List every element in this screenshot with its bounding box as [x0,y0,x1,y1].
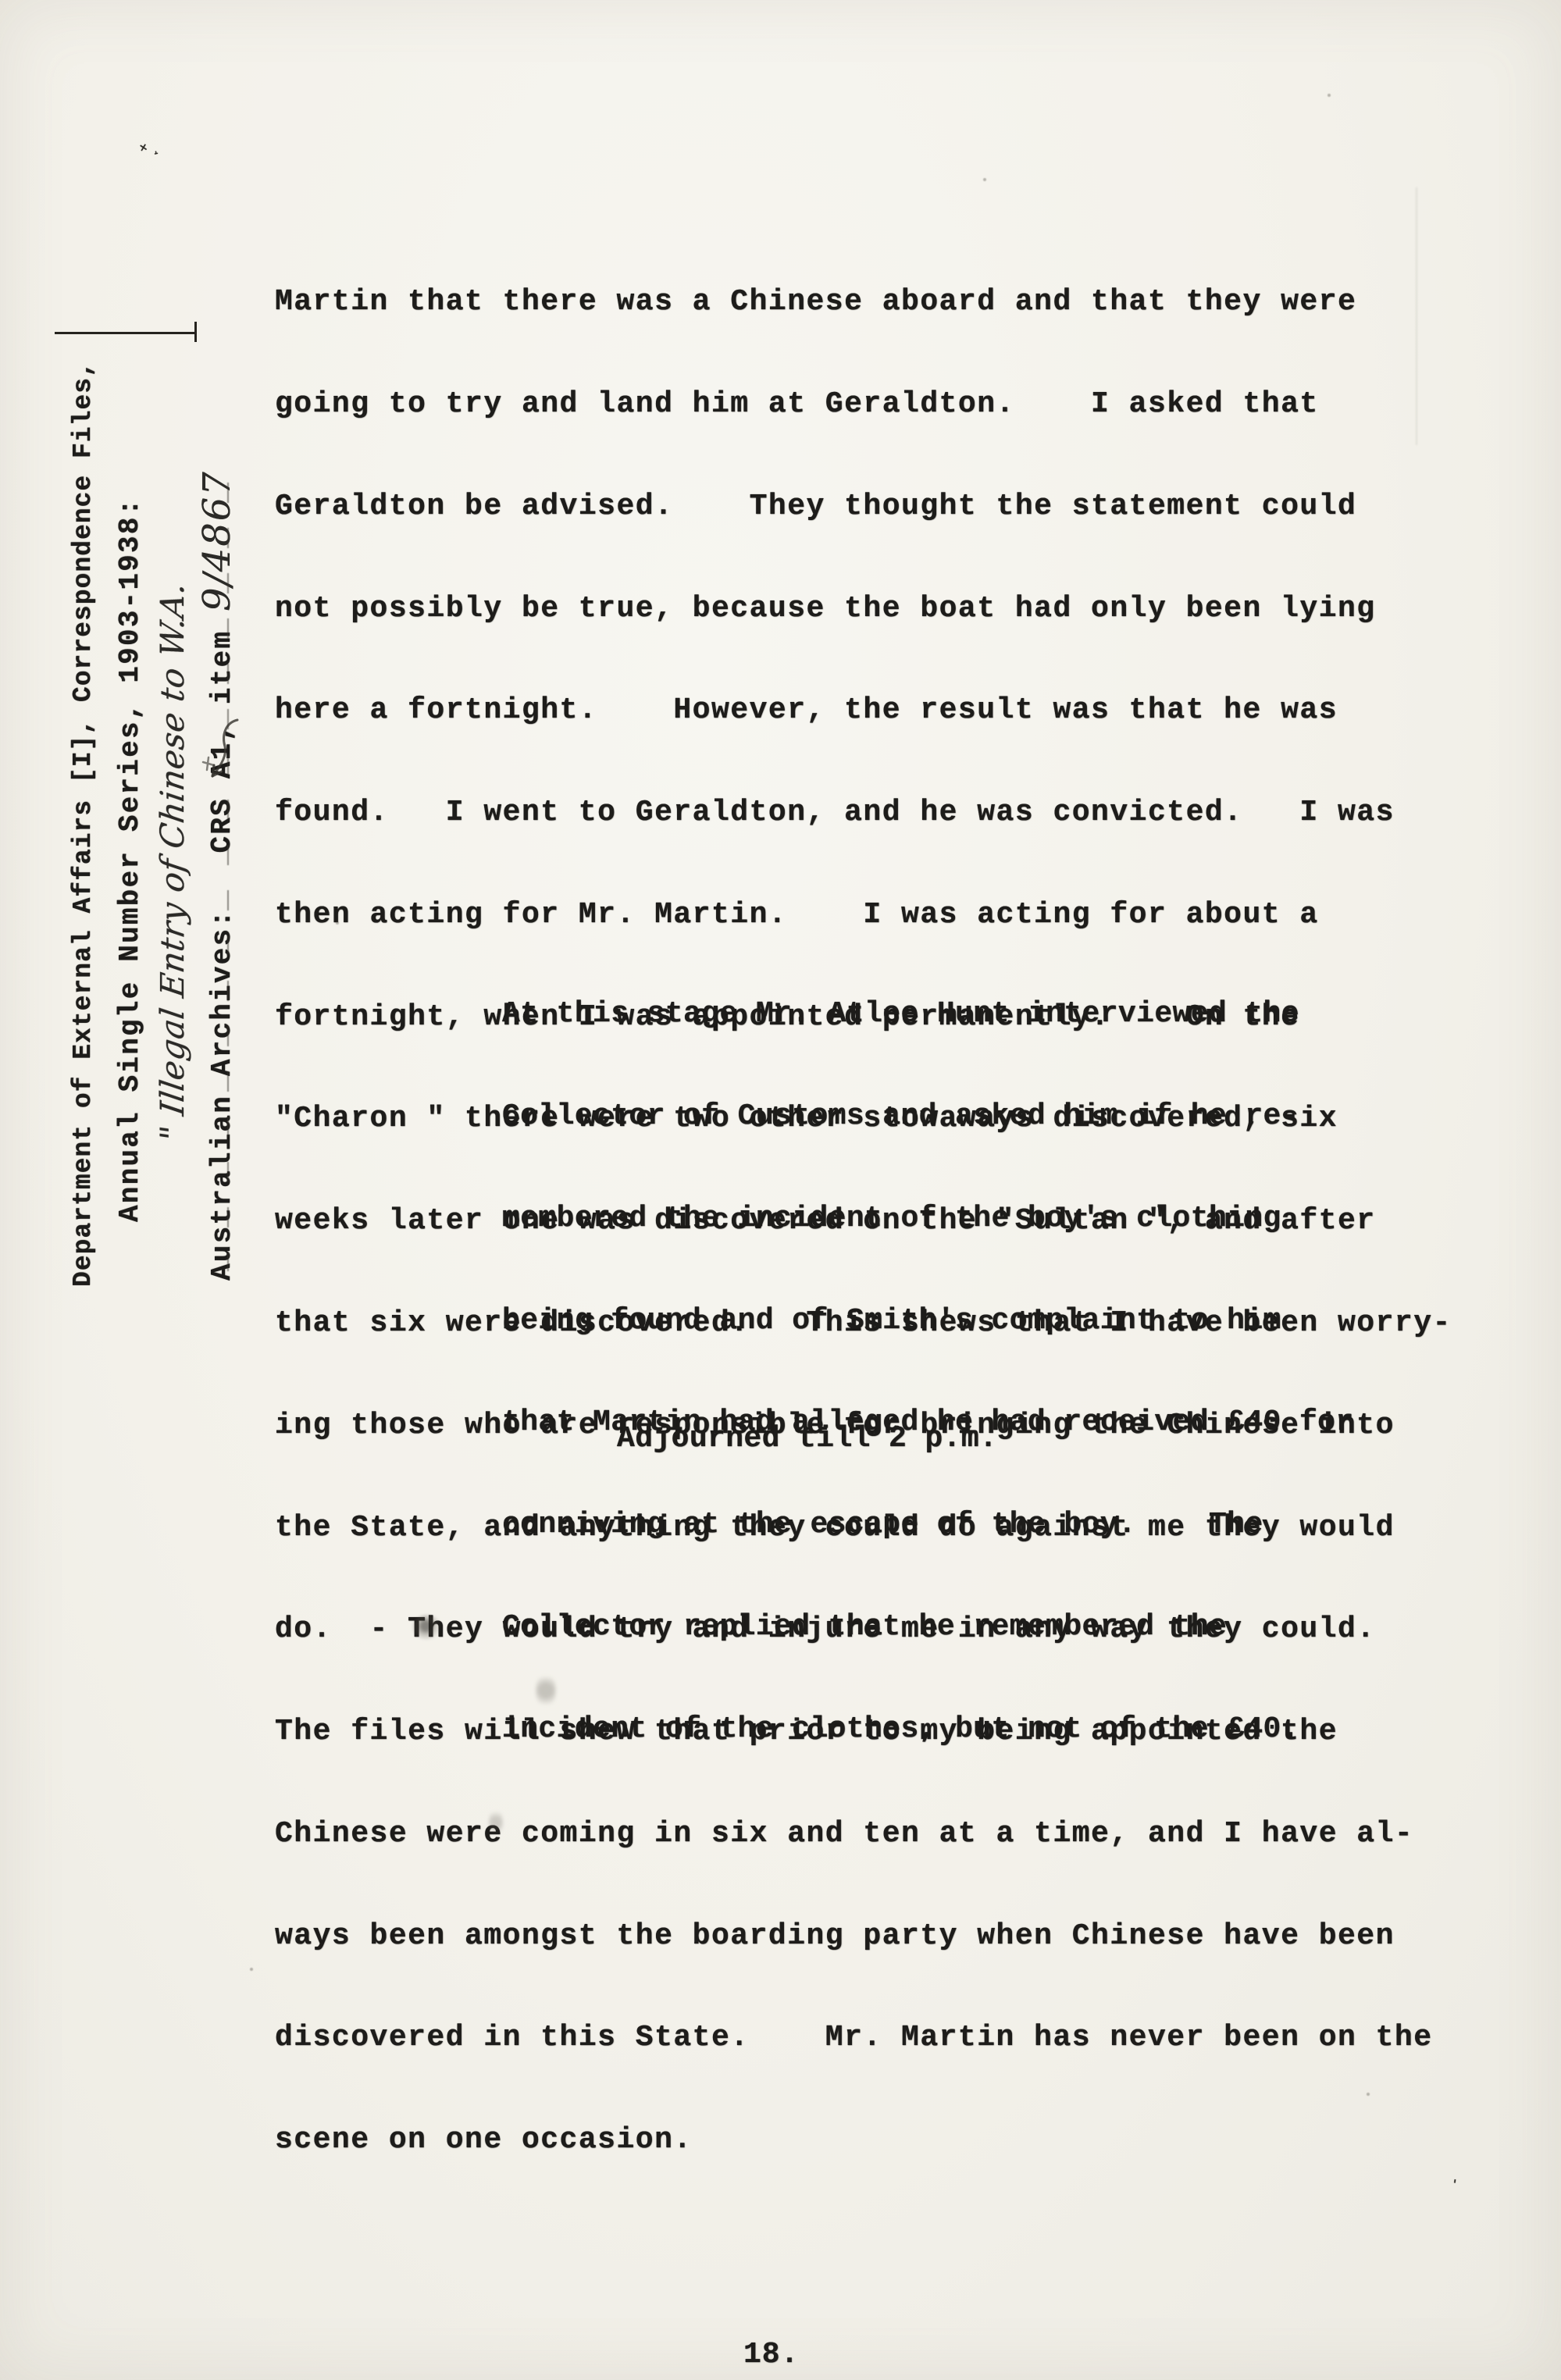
typed-line: Chinese were coming in six and ten at a … [275,1817,1452,1851]
stamp-line-title-handwritten: " Illegal Entry of Chinese to W.A. [153,580,191,1144]
stamp-item-number-handwritten: 9/4867 [195,470,239,611]
stamp-line-archives: Australian Archives: CRS A1, item 9/4867 [195,470,239,1281]
typed-line: membered the incident of the boy's cloth… [502,1202,1354,1236]
stamp-line-series: Annual Single Number Series, 1903-1938: [114,497,146,1222]
ink-mark-bottomright: ˈ [1446,2176,1462,2201]
typed-line: ways been amongst the boarding party whe… [275,1919,1452,1954]
stamp-top-rule-corner [194,322,197,342]
paper-speck [1328,94,1331,97]
typed-line: then acting for Mr. Martin. I was acting… [275,898,1452,932]
ink-mark-topleft: ˟˔ [137,140,164,165]
paper-speck [1367,2093,1370,2096]
typed-line: Collector replied that he remembered the [502,1610,1354,1644]
typed-line: Collector of Customs and asked him if he… [502,1099,1354,1134]
typed-line: scene on one occasion. [275,2123,1452,2157]
typed-line: not possibly be true, because the boat h… [275,592,1452,626]
stamp-dashed-underline [227,483,229,1271]
typed-line: being found and of Smith's complaint to … [502,1304,1354,1338]
interview-paragraph: At this stage Mr. Atlee Hunt interviewed… [502,929,1354,1814]
typed-line: conniving at the escape of the boy. The [502,1508,1354,1542]
scan-streak [1416,187,1417,445]
scanned-document-page: Department of External Affairs [I], Corr… [0,0,1561,2380]
typed-line: incident of the clothes, but not of the … [502,1712,1354,1747]
typed-line: At this stage Mr. Atlee Hunt interviewed… [502,997,1354,1031]
paper-speck [250,1968,253,1971]
stamp-line-department: Department of External Affairs [I], Corr… [69,361,98,1287]
typed-line: here a fortnight. However, the result wa… [275,693,1452,728]
typed-line: found. I went to Geraldton, and he was c… [275,796,1452,830]
paper-speck [983,178,986,181]
adjournment-line: Adjourned till 2 p.m. [617,1422,997,1455]
stamp-top-rule [55,332,197,334]
typed-line: discovered in this State. Mr. Martin has… [275,2021,1452,2055]
typed-line: going to try and land him at Geraldton. … [275,387,1452,422]
typed-line: Martin that there was a Chinese aboard a… [275,285,1452,319]
stamp-archives-typed: Australian Archives: CRS A1, item [206,611,238,1281]
page-number: 18. [743,2338,799,2371]
handwritten-arrow-flourish [201,715,245,790]
typed-line: Geraldton be advised. They thought the s… [275,490,1452,524]
paper-speck [765,1726,768,1729]
paper-speck [336,921,339,925]
paper-speck [1285,1932,1288,1935]
